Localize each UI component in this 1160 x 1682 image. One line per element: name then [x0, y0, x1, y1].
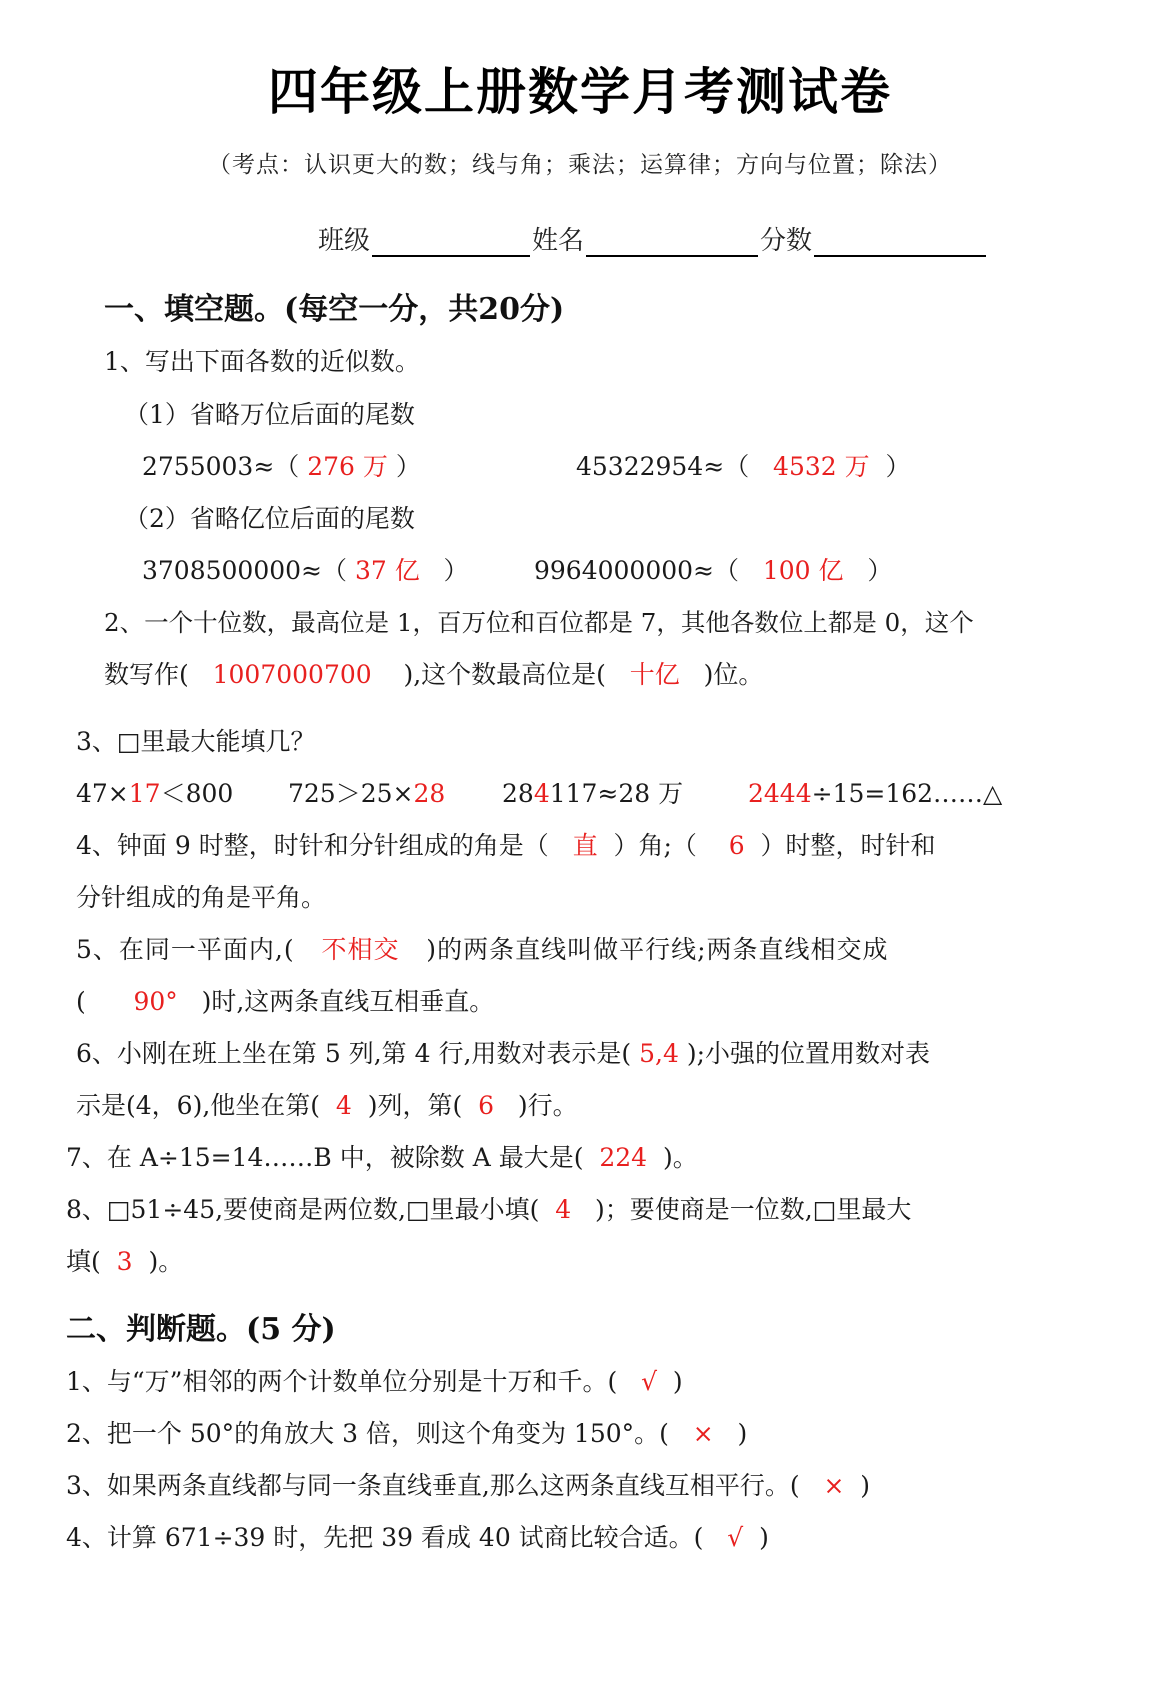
question-text: ）: [420, 556, 469, 585]
cross-mark-icon: ×: [693, 1419, 714, 1448]
class-label: 班级: [318, 220, 370, 257]
q6-line2: 示是(4，6),他坐在第( 4 )列，第( 6 )行。: [76, 1090, 578, 1122]
name-field[interactable]: [586, 227, 758, 257]
exam-topics: （考点：认识更大的数；线与角；乘法；运算律；方向与位置；除法）: [0, 146, 1160, 179]
question-text: 2755003≈（: [142, 452, 307, 481]
answer: 3: [117, 1247, 133, 1276]
q1-part2-a: 3708500000≈（ 37 亿 ）: [142, 555, 469, 587]
answer: 不相交: [321, 935, 399, 964]
q2-line2: 数写作( 1007000700 ),这个数最高位是( 十亿 )位。: [104, 659, 763, 691]
question-text: )位。: [680, 660, 764, 689]
answer: 6: [478, 1091, 494, 1120]
answer: 4: [336, 1091, 352, 1120]
question-text: ）: [844, 556, 893, 585]
name-label: 姓名: [532, 220, 584, 257]
question-text: )。: [647, 1143, 698, 1172]
section-1-heading: 一、填空题。(每空一分，共20分): [104, 284, 564, 328]
score-label: 分数: [760, 220, 812, 257]
score-field[interactable]: [814, 227, 986, 257]
question-text: ）: [870, 452, 911, 481]
question-text: )。: [133, 1247, 184, 1276]
question-text: 填(: [66, 1247, 117, 1276]
judge-item-4: 4、计算 671÷39 时，先把 39 看成 40 试商比较合适。( √ ): [66, 1522, 769, 1554]
answer: 十亿: [630, 660, 680, 689]
answer: 直: [573, 831, 598, 860]
question-text: 3708500000≈（: [142, 556, 355, 585]
section-2-heading: 二、判断题。(5 分): [66, 1304, 336, 1348]
judge-item-2: 2、把一个 50°的角放大 3 倍，则这个角变为 150°。( × ): [66, 1418, 747, 1450]
question-text: 28: [502, 779, 534, 808]
question-text: ): [743, 1523, 769, 1552]
question-text: ): [714, 1419, 748, 1448]
q1-part1-b: 45322954≈（ 4532 万 ）: [576, 451, 911, 483]
answer: 2444: [748, 779, 812, 808]
question-text: )的两条直线叫做平行线;两条直线相交成: [399, 935, 888, 964]
q1-part1-label: （1）省略万位后面的尾数: [124, 399, 415, 431]
question-text: 4、钟面 9 时整，时针和分针组成的角是（: [76, 831, 573, 860]
q2-line1: 2、一个十位数，最高位是 1，百万位和百位都是 7，其他各数位上都是 0，这个: [104, 607, 974, 639]
question-text: 数写作(: [104, 660, 213, 689]
class-field[interactable]: [372, 227, 530, 257]
q4-line1: 4、钟面 9 时整，时针和分针组成的角是（ 直 ）角;（ 6 ）时整，时针和: [76, 830, 936, 862]
q3-item-3: 284117≈28 万: [502, 778, 683, 810]
q6-line1: 6、小刚在班上坐在第 5 列,第 4 行,用数对表示是( 5,4 );小强的位置…: [76, 1038, 930, 1070]
q7: 7、在 A÷15=14……B 中，被除数 A 最大是( 224 )。: [66, 1142, 698, 1174]
answer: 4: [555, 1195, 571, 1224]
q1-part1-a: 2755003≈（ 276 万 ）: [142, 451, 421, 483]
q3-item-2: 725＞25×28: [288, 778, 445, 810]
question-text: ＜800: [161, 779, 234, 808]
question-text: )列，第(: [352, 1091, 478, 1120]
question-text: 6、小刚在班上坐在第 5 列,第 4 行,用数对表示是(: [76, 1039, 639, 1068]
answer: 5,4: [639, 1039, 679, 1068]
q1-part2-label: （2）省略亿位后面的尾数: [124, 503, 415, 535]
question-text: 117≈28 万: [550, 779, 683, 808]
question-text: ）: [388, 452, 421, 481]
question-text: 47×: [76, 779, 129, 808]
question-text: 8、□51÷45,要使商是两位数,□里最小填(: [66, 1195, 555, 1224]
answer: 1007000700: [213, 660, 372, 689]
answer: 6: [729, 831, 745, 860]
answer: 276 万: [307, 452, 388, 481]
question-text: 3、如果两条直线都与同一条直线垂直,那么这两条直线互相平行。(: [66, 1471, 823, 1500]
question-text: 示是(4，6),他坐在第(: [76, 1091, 336, 1120]
question-text: )；要使商是一位数,□里最大: [571, 1195, 911, 1224]
q3-item-1: 47×17＜800: [76, 778, 233, 810]
question-text: ): [844, 1471, 870, 1500]
question-text: ÷15=162……△: [812, 779, 1003, 808]
question-text: 4、计算 671÷39 时，先把 39 看成 40 试商比较合适。(: [66, 1523, 727, 1552]
answer: 37 亿: [355, 556, 420, 585]
answer: 224: [599, 1143, 647, 1172]
check-mark-icon: √: [727, 1523, 743, 1552]
q4-line2: 分针组成的角是平角。: [76, 882, 326, 914]
q1-part2-b: 9964000000≈（ 100 亿 ）: [534, 555, 892, 587]
answer: 17: [129, 779, 161, 808]
question-text: 5、在同一平面内,(: [76, 935, 321, 964]
q8-line2: 填( 3 )。: [66, 1246, 183, 1278]
question-text: )时,这两条直线互相垂直。: [178, 987, 495, 1016]
q3-item-4: 2444÷15=162……△: [748, 778, 1002, 810]
q3-prompt: 3、□里最大能填几？: [76, 726, 316, 758]
question-text: ）角;（: [598, 831, 729, 860]
question-text: 1、与“万”相邻的两个计数单位分别是十万和千。(: [66, 1367, 641, 1396]
question-text: 7、在 A÷15=14……B 中，被除数 A 最大是(: [66, 1143, 599, 1172]
question-text: 9964000000≈（: [534, 556, 763, 585]
question-text: 2、把一个 50°的角放大 3 倍，则这个角变为 150°。(: [66, 1419, 693, 1448]
question-text: );小强的位置用数对表: [679, 1039, 930, 1068]
answer: 100 亿: [763, 556, 844, 585]
page-title: 四年级上册数学月考测试卷: [0, 52, 1160, 124]
student-info-row: 班级 姓名 分数: [318, 220, 988, 257]
question-text: 45322954≈（: [576, 452, 773, 481]
answer: 4532 万: [773, 452, 870, 481]
judge-item-3: 3、如果两条直线都与同一条直线垂直,那么这两条直线互相平行。( × ): [66, 1470, 870, 1502]
question-text: ）时整，时针和: [745, 831, 936, 860]
question-text: (: [76, 987, 133, 1016]
question-text: 725＞25×: [288, 779, 413, 808]
cross-mark-icon: ×: [823, 1471, 844, 1500]
q8-line1: 8、□51÷45,要使商是两位数,□里最小填( 4 )；要使商是一位数,□里最大: [66, 1194, 911, 1226]
answer: 90°: [133, 987, 177, 1016]
q1-prompt: 1、写出下面各数的近似数。: [104, 346, 420, 378]
question-text: )行。: [494, 1091, 578, 1120]
answer: 28: [413, 779, 445, 808]
judge-item-1: 1、与“万”相邻的两个计数单位分别是十万和千。( √ ): [66, 1366, 683, 1398]
q5-line1: 5、在同一平面内,( 不相交 )的两条直线叫做平行线;两条直线相交成: [76, 934, 889, 966]
check-mark-icon: √: [641, 1367, 657, 1396]
q5-line2: ( 90° )时,这两条直线互相垂直。: [76, 986, 494, 1018]
answer: 4: [534, 779, 550, 808]
question-text: ),这个数最高位是(: [372, 660, 630, 689]
question-text: ): [657, 1367, 683, 1396]
